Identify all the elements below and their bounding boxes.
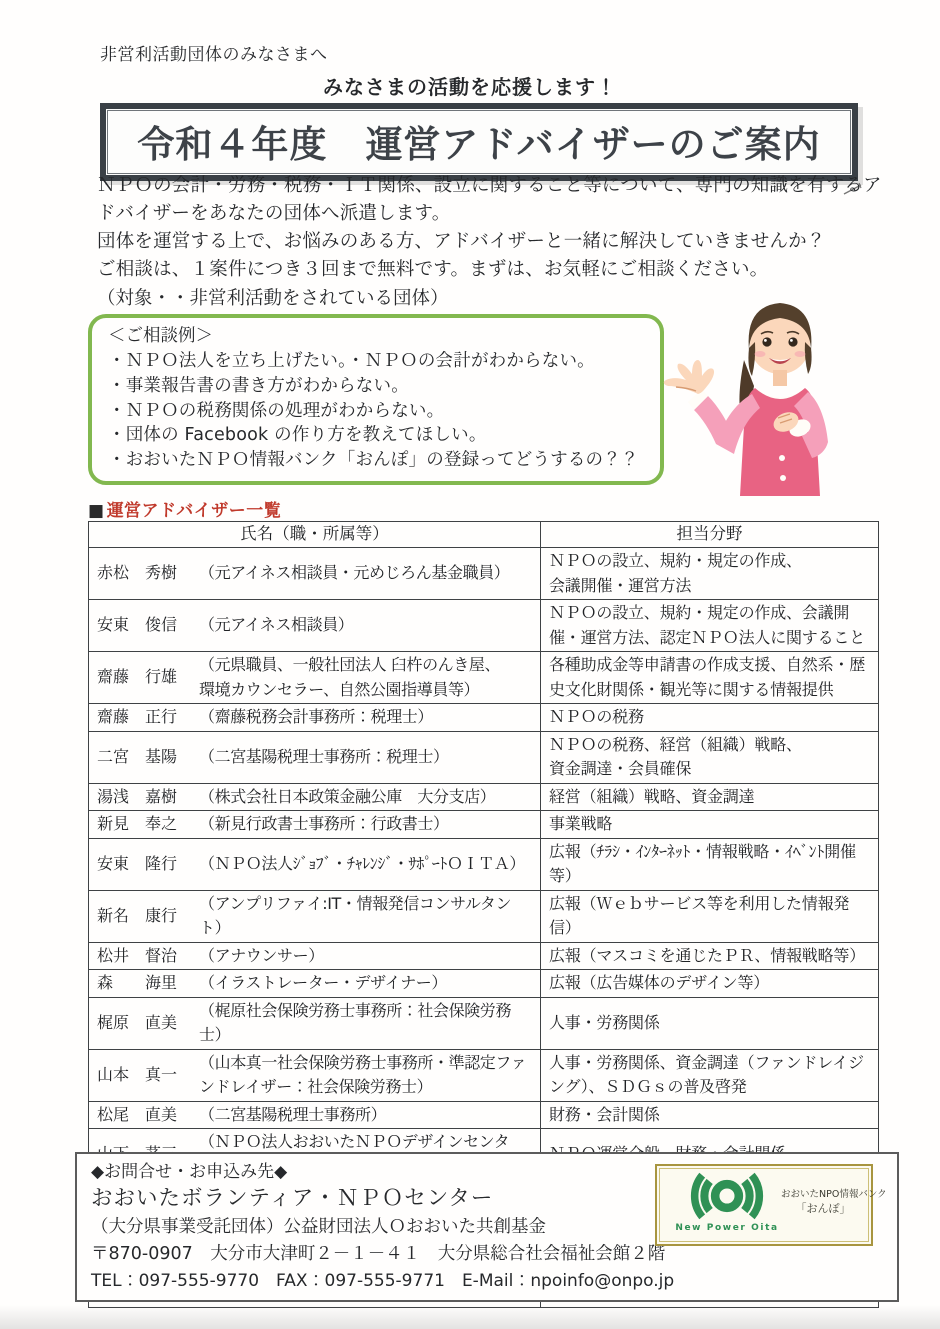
column-header-name: 氏名（職・所属等）	[89, 522, 541, 548]
tagline: みなさまの活動を応援します！	[0, 71, 940, 100]
adviser-name: 山本 真一	[97, 1063, 199, 1088]
adviser-affiliation: （齋藤税務会計事務所：税理士）	[199, 705, 532, 730]
adviser-row: 赤松 秀樹 （元アイネス相談員・元めじろん基金職員） ＮＰＯの設立、規約・規定の…	[89, 548, 879, 600]
adviser-name: 齋藤 行雄	[97, 665, 199, 690]
title-box: 令和４年度 運営アドバイザーのご案内	[100, 103, 858, 181]
adviser-affiliation: （元県職員、一般社団法人 臼杵のんき屋、 環境カウンセラー、自然公園指導員等）	[199, 653, 532, 702]
adviser-name: 二宮 基陽	[97, 745, 199, 770]
logo-bank-label: おおいたNPO情報バンク 「おんぽ」	[781, 1188, 865, 1216]
adviser-name: 赤松 秀樹	[97, 561, 199, 586]
adviser-row: 二宮 基陽 （二宮基陽税理士事務所：税理士） ＮＰＯの税務、経営（組織）戦略、 …	[89, 731, 879, 783]
adviser-row: 齋藤 行雄 （元県職員、一般社団法人 臼杵のんき屋、 環境カウンセラー、自然公園…	[89, 652, 879, 704]
adviser-row: 湯浅 嘉樹 （株式会社日本政策金融公庫 大分支店） 経営（組織）戦略、資金調達	[89, 783, 879, 811]
adviser-field: 人事・労務関係、資金調達（ファンドレイジング）、ＳＤＧｓの普及啓発	[541, 1049, 879, 1101]
logo-caption: New Power Oita	[667, 1223, 787, 1233]
intro-line: 団体を運営する上で、お悩みのある方、アドバイザーと一緒に解決していきませんか？	[97, 228, 889, 256]
adviser-name: 森 海里	[97, 971, 199, 996]
adviser-field: 広報（ﾁﾗｼ・ｲﾝﾀｰﾈｯﾄ・情報戦略・ｲﾍﾞﾝﾄ開催等）	[541, 838, 879, 890]
consult-example-box: ＜ご相談例＞ ・ＮＰＯ法人を立ち上げたい。・ＮＰＯの会計がわからない。・事業報告…	[88, 314, 664, 485]
new-power-oita-logo-icon	[665, 1168, 789, 1224]
adviser-affiliation: （二宮基陽税理士事務所）	[199, 1103, 532, 1128]
target-line: （対象・・非営利活動をされている団体）	[97, 284, 449, 310]
consult-example-item: ・おおいたＮＰＯ情報バンク「おんぽ」の登録ってどうするの？？	[108, 448, 646, 473]
adviser-field: 広報（マスコミを通じたＰＲ、情報戦略等）	[541, 942, 879, 970]
adviser-section-heading: ■運営アドバイザー一覧	[88, 496, 281, 521]
page-title: 令和４年度 運営アドバイザーのご案内	[106, 109, 852, 175]
adviser-row: 安東 俊信 （元アイネス相談員） ＮＰＯの設立、規約・規定の作成、会議開催・運営…	[89, 600, 879, 652]
adviser-row: 松井 督治 （アナウンサー） 広報（マスコミを通じたＰＲ、情報戦略等）	[89, 942, 879, 970]
adviser-field: 広報（Ｗｅｂサービス等を利用した情報発信）	[541, 890, 879, 942]
adviser-field: ＮＰＯの税務、経営（組織）戦略、 資金調達・会員確保	[541, 731, 879, 783]
adviser-row: 松尾 直美 （二宮基陽税理士事務所） 財務・会計関係	[89, 1101, 879, 1129]
woman-guide-illustration	[652, 290, 908, 498]
adviser-row: 新見 奉之 （新見行政書士事務所：行政書士） 事業戦略	[89, 811, 879, 839]
consult-example-item: ・事業報告書の書き方がわからない。	[108, 374, 646, 399]
adviser-row: 梶原 直美 （梶原社会保険労務士事務所：社会保険労務士） 人事・労務関係	[89, 997, 879, 1049]
intro-line: ご相談は、１案件につき３回まで無料です。まずは、お気軽にご相談ください。	[97, 256, 889, 284]
consult-example-item: ・ＮＰＯの税務関係の処理がわからない。	[108, 399, 646, 424]
adviser-field: 経営（組織）戦略、資金調達	[541, 783, 879, 811]
consult-example-item: ・団体の Facebook の作り方を教えてほしい。	[108, 423, 646, 448]
adviser-row: 齋藤 正行 （齋藤税務会計事務所：税理士） ＮＰＯの税務	[89, 704, 879, 732]
adviser-name: 湯浅 嘉樹	[97, 785, 199, 810]
adviser-affiliation: （元アイネス相談員）	[199, 613, 532, 638]
adviser-affiliation: （株式会社日本政策金融公庫 大分支店）	[199, 785, 532, 810]
adviser-name-cell: 安東 隆行 （ＮＰＯ法人ｼﾞｮﾌﾞ・ﾁｬﾚﾝｼﾞ・ｻﾎﾟｰﾄＯＩＴＡ）	[97, 852, 532, 877]
adviser-field: 人事・労務関係	[541, 997, 879, 1049]
adviser-affiliation: （元アイネス相談員・元めじろん基金職員）	[199, 561, 532, 586]
adviser-name: 安東 俊信	[97, 613, 199, 638]
scanned-flyer-page: 非営利活動団体のみなさまへ みなさまの活動を応援します！ 令和４年度 運営アドバ…	[0, 0, 940, 1329]
audience-line: 非営利活動団体のみなさまへ	[100, 40, 328, 65]
adviser-affiliation: （イラストレーター・デザイナー）	[199, 971, 532, 996]
square-bullet-icon: ■	[88, 501, 105, 521]
consult-example-list: ・ＮＰＯ法人を立ち上げたい。・ＮＰＯの会計がわからない。・事業報告書の書き方がわ…	[108, 349, 646, 473]
adviser-field: ＮＰＯの設立、規約・規定の作成、 会議開催・運営方法	[541, 548, 879, 600]
adviser-affiliation: （アンプリファイ:IT・情報発信コンサルタント）	[199, 892, 532, 941]
consult-box-heading: ＜ご相談例＞	[108, 324, 646, 349]
adviser-name-cell: 梶原 直美 （梶原社会保険労務士事務所：社会保険労務士）	[97, 999, 532, 1048]
adviser-name: 安東 隆行	[97, 852, 199, 877]
adviser-field: 事業戦略	[541, 811, 879, 839]
adviser-name-cell: 赤松 秀樹 （元アイネス相談員・元めじろん基金職員）	[97, 561, 532, 586]
adviser-name-cell: 齋藤 正行 （齋藤税務会計事務所：税理士）	[97, 705, 532, 730]
adviser-table-header-row: 氏名（職・所属等） 担当分野	[89, 522, 879, 548]
intro-line: ＮＰＯの会計・労務・税務・ＩＴ関係、設立に関すること等について、専門の知識を有す…	[97, 172, 889, 228]
adviser-field: 財務・会計関係	[541, 1101, 879, 1129]
logo-bank-line1: おおいたNPO情報バンク	[781, 1188, 865, 1201]
adviser-name: 松井 督治	[97, 944, 199, 969]
contact-footer-box: ◆お問合せ・お申込み先◆ おおいたボランティア・ＮＰＯセンター （大分県事業受託…	[75, 1152, 899, 1302]
logo-bank-line2: 「おんぽ」	[781, 1201, 865, 1216]
adviser-affiliation: （アナウンサー）	[199, 944, 532, 969]
adviser-affiliation: （新見行政書士事務所：行政書士）	[199, 812, 532, 837]
adviser-name-cell: 齋藤 行雄 （元県職員、一般社団法人 臼杵のんき屋、 環境カウンセラー、自然公園…	[97, 653, 532, 702]
adviser-name-cell: 山本 真一 （山本真一社会保険労務士事務所・準認定ファンドレイザー：社会保険労務…	[97, 1051, 532, 1100]
adviser-name-cell: 松井 督治 （アナウンサー）	[97, 944, 532, 969]
adviser-name-cell: 森 海里 （イラストレーター・デザイナー）	[97, 971, 532, 996]
adviser-name: 新名 康行	[97, 904, 199, 929]
intro-paragraph: ＮＰＯの会計・労務・税務・ＩＴ関係、設立に関すること等について、専門の知識を有す…	[97, 172, 889, 284]
column-header-field: 担当分野	[541, 522, 879, 548]
adviser-field: 各種助成金等申請書の作成支援、自然系・歴史文化財関係・観光等に関する情報提供	[541, 652, 879, 704]
adviser-field: 広報（広告媒体のデザイン等）	[541, 970, 879, 998]
adviser-name: 松尾 直美	[97, 1103, 199, 1128]
adviser-name: 新見 奉之	[97, 812, 199, 837]
adviser-affiliation: （二宮基陽税理士事務所：税理士）	[199, 745, 532, 770]
adviser-name-cell: 二宮 基陽 （二宮基陽税理士事務所：税理士）	[97, 745, 532, 770]
adviser-row: 新名 康行 （アンプリファイ:IT・情報発信コンサルタント） 広報（Ｗｅｂサービ…	[89, 890, 879, 942]
adviser-name-cell: 安東 俊信 （元アイネス相談員）	[97, 613, 532, 638]
phone-fax-email: TEL：097-555-9770 FAX：097-555-9771 E-Mail…	[91, 1268, 885, 1295]
adviser-name-cell: 松尾 直美 （二宮基陽税理士事務所）	[97, 1103, 532, 1128]
adviser-affiliation: （梶原社会保険労務士事務所：社会保険労務士）	[199, 999, 532, 1048]
adviser-affiliation: （山本真一社会保険労務士事務所・準認定ファンドレイザー：社会保険労務士）	[199, 1051, 532, 1100]
adviser-affiliation: （ＮＰＯ法人ｼﾞｮﾌﾞ・ﾁｬﾚﾝｼﾞ・ｻﾎﾟｰﾄＯＩＴＡ）	[199, 852, 532, 877]
onpo-logo-box: New Power Oita おおいたNPO情報バンク 「おんぽ」	[655, 1164, 873, 1246]
adviser-row: 山本 真一 （山本真一社会保険労務士事務所・準認定ファンドレイザー：社会保険労務…	[89, 1049, 879, 1101]
adviser-row: 森 海里 （イラストレーター・デザイナー） 広報（広告媒体のデザイン等）	[89, 970, 879, 998]
adviser-section-title: 運営アドバイザー一覧	[107, 501, 282, 521]
adviser-row: 安東 隆行 （ＮＰＯ法人ｼﾞｮﾌﾞ・ﾁｬﾚﾝｼﾞ・ｻﾎﾟｰﾄＯＩＴＡ） 広報（ﾁ…	[89, 838, 879, 890]
adviser-name: 齋藤 正行	[97, 705, 199, 730]
consult-example-item: ・ＮＰＯ法人を立ち上げたい。・ＮＰＯの会計がわからない。	[108, 349, 646, 374]
adviser-name-cell: 新見 奉之 （新見行政書士事務所：行政書士）	[97, 812, 532, 837]
adviser-field: ＮＰＯの税務	[541, 704, 879, 732]
adviser-name: 梶原 直美	[97, 1011, 199, 1036]
adviser-name-cell: 新名 康行 （アンプリファイ:IT・情報発信コンサルタント）	[97, 892, 532, 941]
scan-shadow	[0, 1305, 940, 1329]
adviser-field: ＮＰＯの設立、規約・規定の作成、会議開催・運営方法、認定ＮＰＯ法人に関すること	[541, 600, 879, 652]
adviser-name-cell: 湯浅 嘉樹 （株式会社日本政策金融公庫 大分支店）	[97, 785, 532, 810]
